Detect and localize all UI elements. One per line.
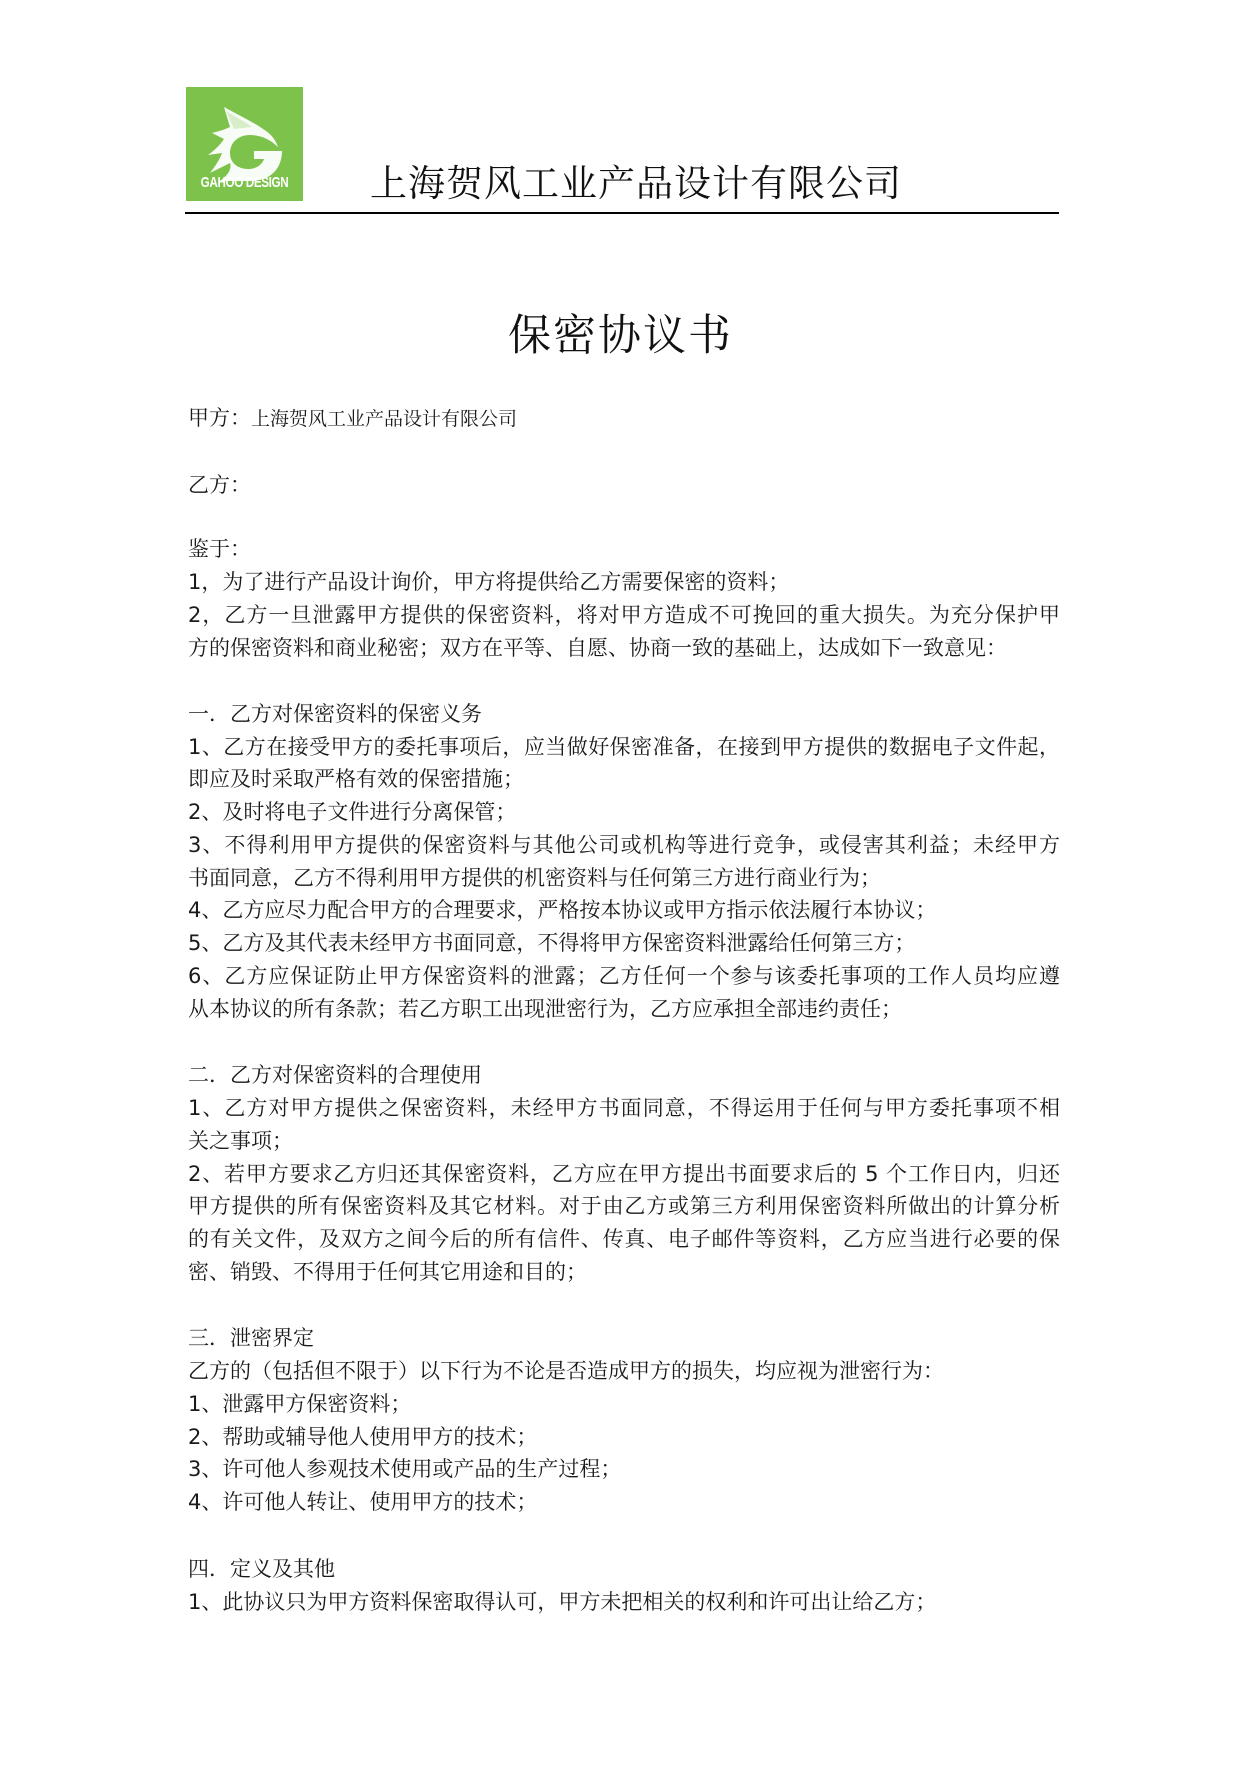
section-line: 4、许可他人转让、使用甲方的技术； <box>188 1486 1060 1519</box>
party-b-line: 乙方： <box>188 469 1060 502</box>
section-line: 2、及时将电子文件进行分离保管； <box>188 796 1060 829</box>
section-line: 甲方提供的所有保密资料及其它材料。对于由乙方或第三方利用保密资料所做出的计算分析 <box>188 1190 1060 1223</box>
section-line: 1、乙方在接受甲方的委托事项后，应当做好保密准备，在接到甲方提供的数据电子文件起… <box>188 731 1060 764</box>
section-line: 5、乙方及其代表未经甲方书面同意，不得将甲方保密资料泄露给任何第三方； <box>188 927 1060 960</box>
section-line: 即应及时采取严格有效的保密措施； <box>188 763 1060 796</box>
section-line: 的有关文件，及双方之间今后的所有信件、传真、电子邮件等资料，乙方应当进行必要的保 <box>188 1223 1060 1256</box>
section-line: 乙方的（包括但不限于）以下行为不论是否造成甲方的损失，均应视为泄密行为： <box>188 1355 1060 1388</box>
section-line: 密、销毁、不得用于任何其它用途和目的； <box>188 1256 1060 1289</box>
section-line: 2、帮助或辅导他人使用甲方的技术； <box>188 1421 1060 1454</box>
section-line: 4、乙方应尽力配合甲方的合理要求，严格按本协议或甲方指示依法履行本协议； <box>188 894 1060 927</box>
whereas-line: 2，乙方一旦泄露甲方提供的保密资料，将对甲方造成不可挽回的重大损失。为充分保护甲 <box>188 599 1060 632</box>
party-a-value: 上海贺风工业产品设计有限公司 <box>251 408 517 430</box>
party-a-label: 甲方： <box>188 406 251 430</box>
document-title: 保密协议书 <box>0 310 1241 362</box>
section-line: 1、此协议只为甲方资料保密取得认可，甲方未把相关的权利和许可出让给乙方； <box>188 1586 1060 1619</box>
section-heading: 二．乙方对保密资料的合理使用 <box>188 1059 1060 1092</box>
section-line: 书面同意，乙方不得利用甲方提供的机密资料与任何第三方进行商业行为； <box>188 862 1060 895</box>
section-line: 1、泄露甲方保密资料； <box>188 1388 1060 1421</box>
section-line: 2、若甲方要求乙方归还其保密资料，乙方应在甲方提出书面要求后的 5 个工作日内，… <box>188 1158 1060 1191</box>
logo-wordmark: GAHOO DESIGN <box>199 174 290 191</box>
section-line: 6、乙方应保证防止甲方保密资料的泄露；乙方任何一个参与该委托事项的工作人员均应遵 <box>188 960 1060 993</box>
party-a-line: 甲方：上海贺风工业产品设计有限公司 <box>188 402 1060 435</box>
section-heading: 四．定义及其他 <box>188 1553 1060 1586</box>
party-b-label: 乙方： <box>188 473 251 497</box>
section-heading: 三．泄密界定 <box>188 1322 1060 1355</box>
section-heading: 一．乙方对保密资料的保密义务 <box>188 698 1060 731</box>
whereas-line: 1，为了进行产品设计询价，甲方将提供给乙方需要保密的资料； <box>188 566 1060 599</box>
whereas-line: 方的保密资料和商业秘密；双方在平等、自愿、协商一致的基础上，达成如下一致意见： <box>188 632 1060 665</box>
section-line: 关之事项； <box>188 1125 1060 1158</box>
company-name-header: 上海贺风工业产品设计有限公司 <box>370 162 902 206</box>
section-line: 3、许可他人参观技术使用或产品的生产过程； <box>188 1453 1060 1486</box>
section-line: 3、不得利用甲方提供的保密资料与其他公司或机构等进行竞争，或侵害其利益；未经甲方 <box>188 829 1060 862</box>
section-line: 从本协议的所有条款；若乙方职工出现泄密行为，乙方应承担全部违约责任； <box>188 993 1060 1026</box>
section-line: 1、乙方对甲方提供之保密资料，未经甲方书面同意，不得运用于任何与甲方委托事项不相 <box>188 1092 1060 1125</box>
header-divider <box>185 212 1059 214</box>
company-logo: GAHOO DESIGN <box>186 87 303 201</box>
whereas-label: 鉴于： <box>188 533 1060 566</box>
